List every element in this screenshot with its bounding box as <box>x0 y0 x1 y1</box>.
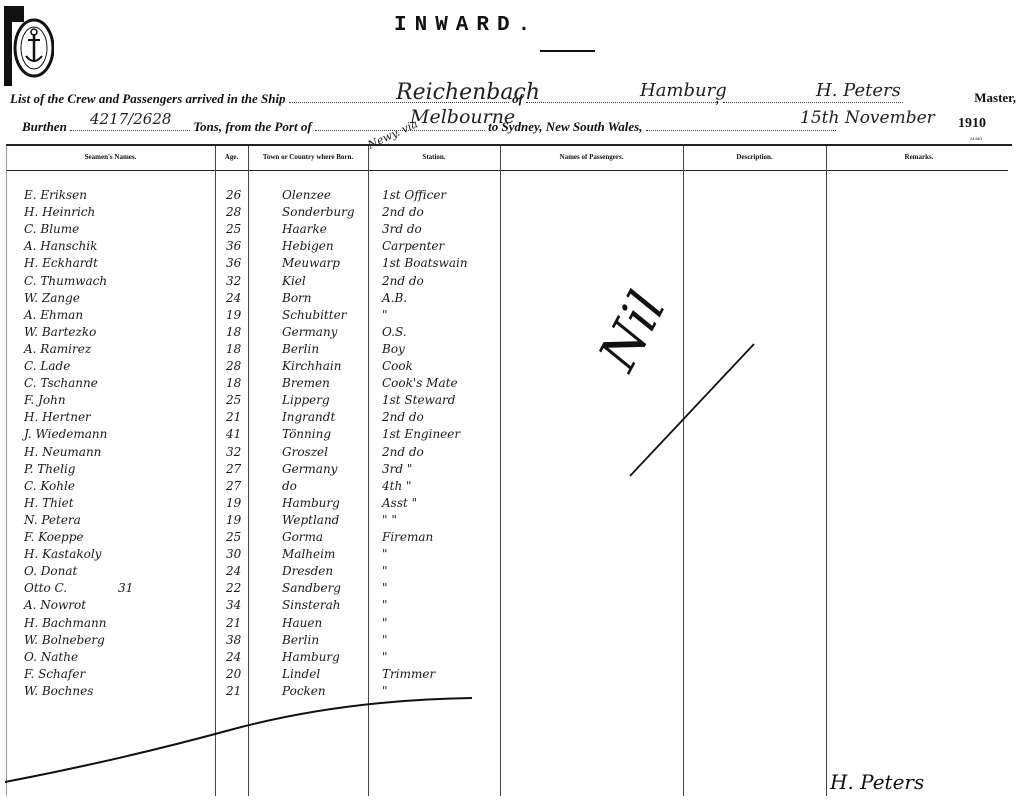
crew-age: 19 <box>226 513 254 527</box>
column-header-remarks: Remarks. <box>826 153 1012 161</box>
list-prefix-label: List of the Crew and Passengers arrived … <box>10 91 286 106</box>
crew-name: P. Thelig <box>24 462 75 476</box>
crew-age: 28 <box>226 359 254 373</box>
crew-station: " <box>382 547 388 561</box>
crew-name: H. Eckhardt <box>24 256 98 270</box>
crew-birthplace: Hamburg <box>282 496 340 510</box>
crew-age: 20 <box>226 667 254 681</box>
crew-name: C. Blume <box>24 222 79 236</box>
crew-name: A. Ramirez <box>24 342 91 356</box>
crew-age: 25 <box>226 393 254 407</box>
crew-birthplace: Bremen <box>282 376 330 390</box>
column-header-town-born: Town or Country where Born. <box>248 153 368 161</box>
crew-birthplace: do <box>282 479 297 493</box>
crew-station: 4th " <box>382 479 412 493</box>
crew-age: 19 <box>226 308 254 322</box>
crew-birthplace: Tönning <box>282 427 331 441</box>
crew-birthplace: Lindel <box>282 667 320 681</box>
year-value: 1910 <box>958 116 986 132</box>
crew-birthplace: Haarke <box>282 222 327 236</box>
crew-name: A. Ehman <box>24 308 83 322</box>
crew-birthplace: Ingrandt <box>282 410 335 424</box>
crew-age: 27 <box>226 479 254 493</box>
crew-age: 28 <box>226 205 254 219</box>
crew-birthplace: Berlin <box>282 633 319 647</box>
crew-annotation: 31 <box>118 581 133 595</box>
crew-age: 19 <box>226 496 254 510</box>
crew-name: H. Hertner <box>24 410 91 424</box>
crew-age: 38 <box>226 633 254 647</box>
crew-name: O. Donat <box>24 564 77 578</box>
crew-age: 24 <box>226 650 254 664</box>
crew-age: 18 <box>226 376 254 390</box>
crew-station: " <box>382 581 388 595</box>
crew-age: 22 <box>226 581 254 595</box>
crew-name: C. Thumwach <box>24 274 107 288</box>
crew-age: 18 <box>226 342 254 356</box>
crew-station: " <box>382 633 388 647</box>
crew-birthplace: Germany <box>282 325 337 339</box>
crew-birthplace: Germany <box>282 462 337 476</box>
crew-name: W. Zange <box>24 291 80 305</box>
crew-station: 2nd do <box>382 205 424 219</box>
crew-name: C. Kohle <box>24 479 75 493</box>
crew-name: W. Bartezko <box>24 325 96 339</box>
crew-birthplace: Hebigen <box>282 239 334 253</box>
crew-name: F. Schafer <box>24 667 85 681</box>
crew-birthplace: Hauen <box>282 616 322 630</box>
crew-name: Otto C. <box>24 581 67 595</box>
crew-name: A. Hanschik <box>24 239 97 253</box>
crew-station: 2nd do <box>382 410 424 424</box>
crew-station: 2nd do <box>382 274 424 288</box>
crew-birthplace: Gorma <box>282 530 323 544</box>
crew-station: 1st Officer <box>382 188 446 202</box>
crew-station: 1st Boatswain <box>382 256 468 270</box>
column-header-passengers: Names of Passengers. <box>500 153 683 161</box>
crew-station: Cook <box>382 359 413 373</box>
crew-station: Asst " <box>382 496 417 510</box>
crew-station: 3rd do <box>382 222 422 236</box>
crew-birthplace: Weptland <box>282 513 339 527</box>
master-signature: H. Peters <box>830 770 924 794</box>
crew-age: 24 <box>226 564 254 578</box>
crew-age: 26 <box>226 188 254 202</box>
crew-birthplace: Berlin <box>282 342 319 356</box>
crew-station: Boy <box>382 342 405 356</box>
crew-age: 21 <box>226 616 254 630</box>
crew-station: " " <box>382 513 397 527</box>
crew-birthplace: Sonderburg <box>282 205 355 219</box>
document-title: INWARD. <box>394 14 538 37</box>
crew-birthplace: Malheim <box>282 547 335 561</box>
crew-birthplace: Kirchhain <box>282 359 341 373</box>
master-label: Master, <box>974 90 1016 106</box>
crew-age: 25 <box>226 530 254 544</box>
crew-name: F. Koeppe <box>24 530 84 544</box>
crew-station: 1st Engineer <box>382 427 460 441</box>
crew-name: J. Wiedemann <box>24 427 107 441</box>
from-port-value: Melbourne <box>410 106 515 128</box>
table-header-bottom-rule <box>6 170 1008 171</box>
crew-name: N. Petera <box>24 513 81 527</box>
crew-birthplace: Olenzee <box>282 188 331 202</box>
crew-station: " <box>382 308 388 322</box>
crew-age: 27 <box>226 462 254 476</box>
crew-station: A.B. <box>382 291 407 305</box>
crew-name: H. Neumann <box>24 445 101 459</box>
crew-age: 18 <box>226 325 254 339</box>
date-value: 15th November <box>800 108 935 128</box>
crew-station: Cook's Mate <box>382 376 458 390</box>
burthen-label: Burthen <box>22 119 67 134</box>
closing-line <box>0 690 480 790</box>
column-divider <box>500 146 501 796</box>
crew-name: H. Kastakoly <box>24 547 101 561</box>
crew-name: H. Bachmann <box>24 616 107 630</box>
crew-name: A. Nowrot <box>24 598 86 612</box>
strike-through-line <box>620 340 760 480</box>
crew-birthplace: Sinsterah <box>282 598 341 612</box>
column-header-age: Age. <box>215 153 248 161</box>
crew-age: 41 <box>226 427 254 441</box>
crew-birthplace: Born <box>282 291 312 305</box>
crew-name: F. John <box>24 393 66 407</box>
crew-birthplace: Schubitter <box>282 308 346 322</box>
port-of-registry-value: Hamburg <box>640 80 727 101</box>
crew-birthplace: Hamburg <box>282 650 340 664</box>
tons-from-port-label: Tons, from the Port of <box>193 119 311 134</box>
crew-age: 36 <box>226 239 254 253</box>
crew-station: " <box>382 598 388 612</box>
crew-age: 25 <box>226 222 254 236</box>
table-top-rule <box>6 144 1012 146</box>
form-number: 24.561 <box>970 136 982 141</box>
crew-station: 1st Steward <box>382 393 455 407</box>
crew-name: C. Tschanne <box>24 376 98 390</box>
crew-station: Trimmer <box>382 667 435 681</box>
crew-name: O. Nathe <box>24 650 78 664</box>
column-divider <box>826 146 827 796</box>
crew-station: Fireman <box>382 530 433 544</box>
crew-birthplace: Sandberg <box>282 581 341 595</box>
crew-birthplace: Kiel <box>282 274 306 288</box>
crew-name: C. Lade <box>24 359 70 373</box>
crew-station: O.S. <box>382 325 407 339</box>
crew-name: W. Bolneberg <box>24 633 105 647</box>
crew-station: 3rd " <box>382 462 412 476</box>
ship-name-value: Reichenbach <box>396 80 540 105</box>
crew-age: 32 <box>226 445 254 459</box>
crew-birthplace: Dresden <box>282 564 333 578</box>
crew-age: 21 <box>226 410 254 424</box>
crew-birthplace: Lipperg <box>282 393 330 407</box>
master-name-value: H. Peters <box>816 80 901 101</box>
crew-station: " <box>382 650 388 664</box>
crew-station: " <box>382 564 388 578</box>
crew-age: 36 <box>226 256 254 270</box>
crew-age: 34 <box>226 598 254 612</box>
crew-station: Carpenter <box>382 239 444 253</box>
crew-age: 32 <box>226 274 254 288</box>
crew-name: H. Thiet <box>24 496 74 510</box>
crew-name: H. Heinrich <box>24 205 95 219</box>
burthen-value: 4217/2628 <box>90 110 171 128</box>
crew-station: 2nd do <box>382 445 424 459</box>
column-header-description: Description. <box>683 153 826 161</box>
crew-age: 30 <box>226 547 254 561</box>
column-header-seamens-names: Seamen's Names. <box>6 153 215 161</box>
crew-birthplace: Groszel <box>282 445 328 459</box>
title-underline <box>540 50 595 52</box>
crew-birthplace: Meuwarp <box>282 256 340 270</box>
crew-age: 24 <box>226 291 254 305</box>
anchor-seal-icon <box>4 6 54 86</box>
crew-name: E. Eriksen <box>24 188 87 202</box>
crew-station: " <box>382 616 388 630</box>
column-header-station: Station. <box>368 153 500 161</box>
